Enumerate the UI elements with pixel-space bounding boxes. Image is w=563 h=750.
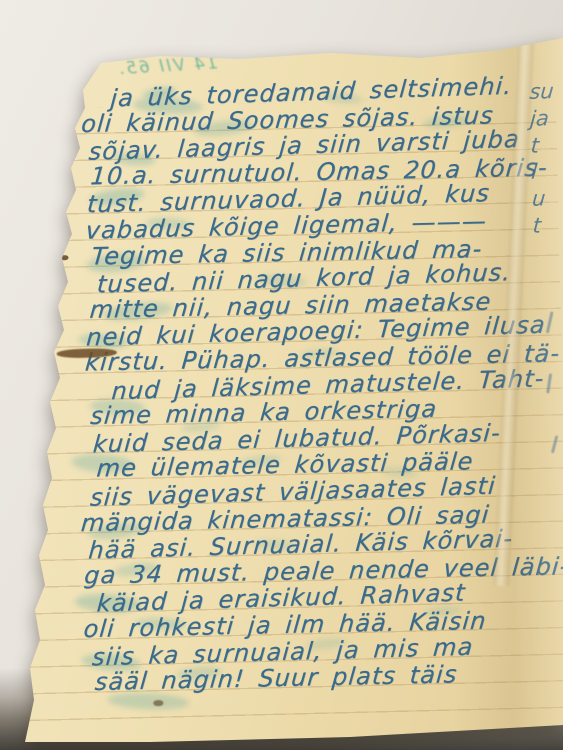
letter-paper: 14 VII 65. ja üks toredamaid seltsimehi.…: [0, 0, 563, 750]
faint-mirrored-date: 14 VII 65.: [97, 53, 218, 80]
paper-stain: [153, 700, 163, 706]
ink-bleedthrough-layer: [0, 0, 553, 7]
facing-page-fragment-2: ja: [529, 106, 550, 131]
letter-photo: 14 VII 65. ja üks toredamaid seltsimehi.…: [0, 0, 563, 750]
facing-page-fragment-1: su: [529, 79, 555, 104]
page-content: 14 VII 65. ja üks toredamaid seltsimehi.…: [0, 0, 563, 750]
facing-page-fragment-5: u: [531, 187, 546, 211]
paper-stain: [60, 255, 68, 260]
handwriting-layer: ja üks toredamaid seltsimehi.oli käinud …: [0, 0, 553, 7]
facing-page-fragments: sujatlut: [0, 0, 553, 7]
